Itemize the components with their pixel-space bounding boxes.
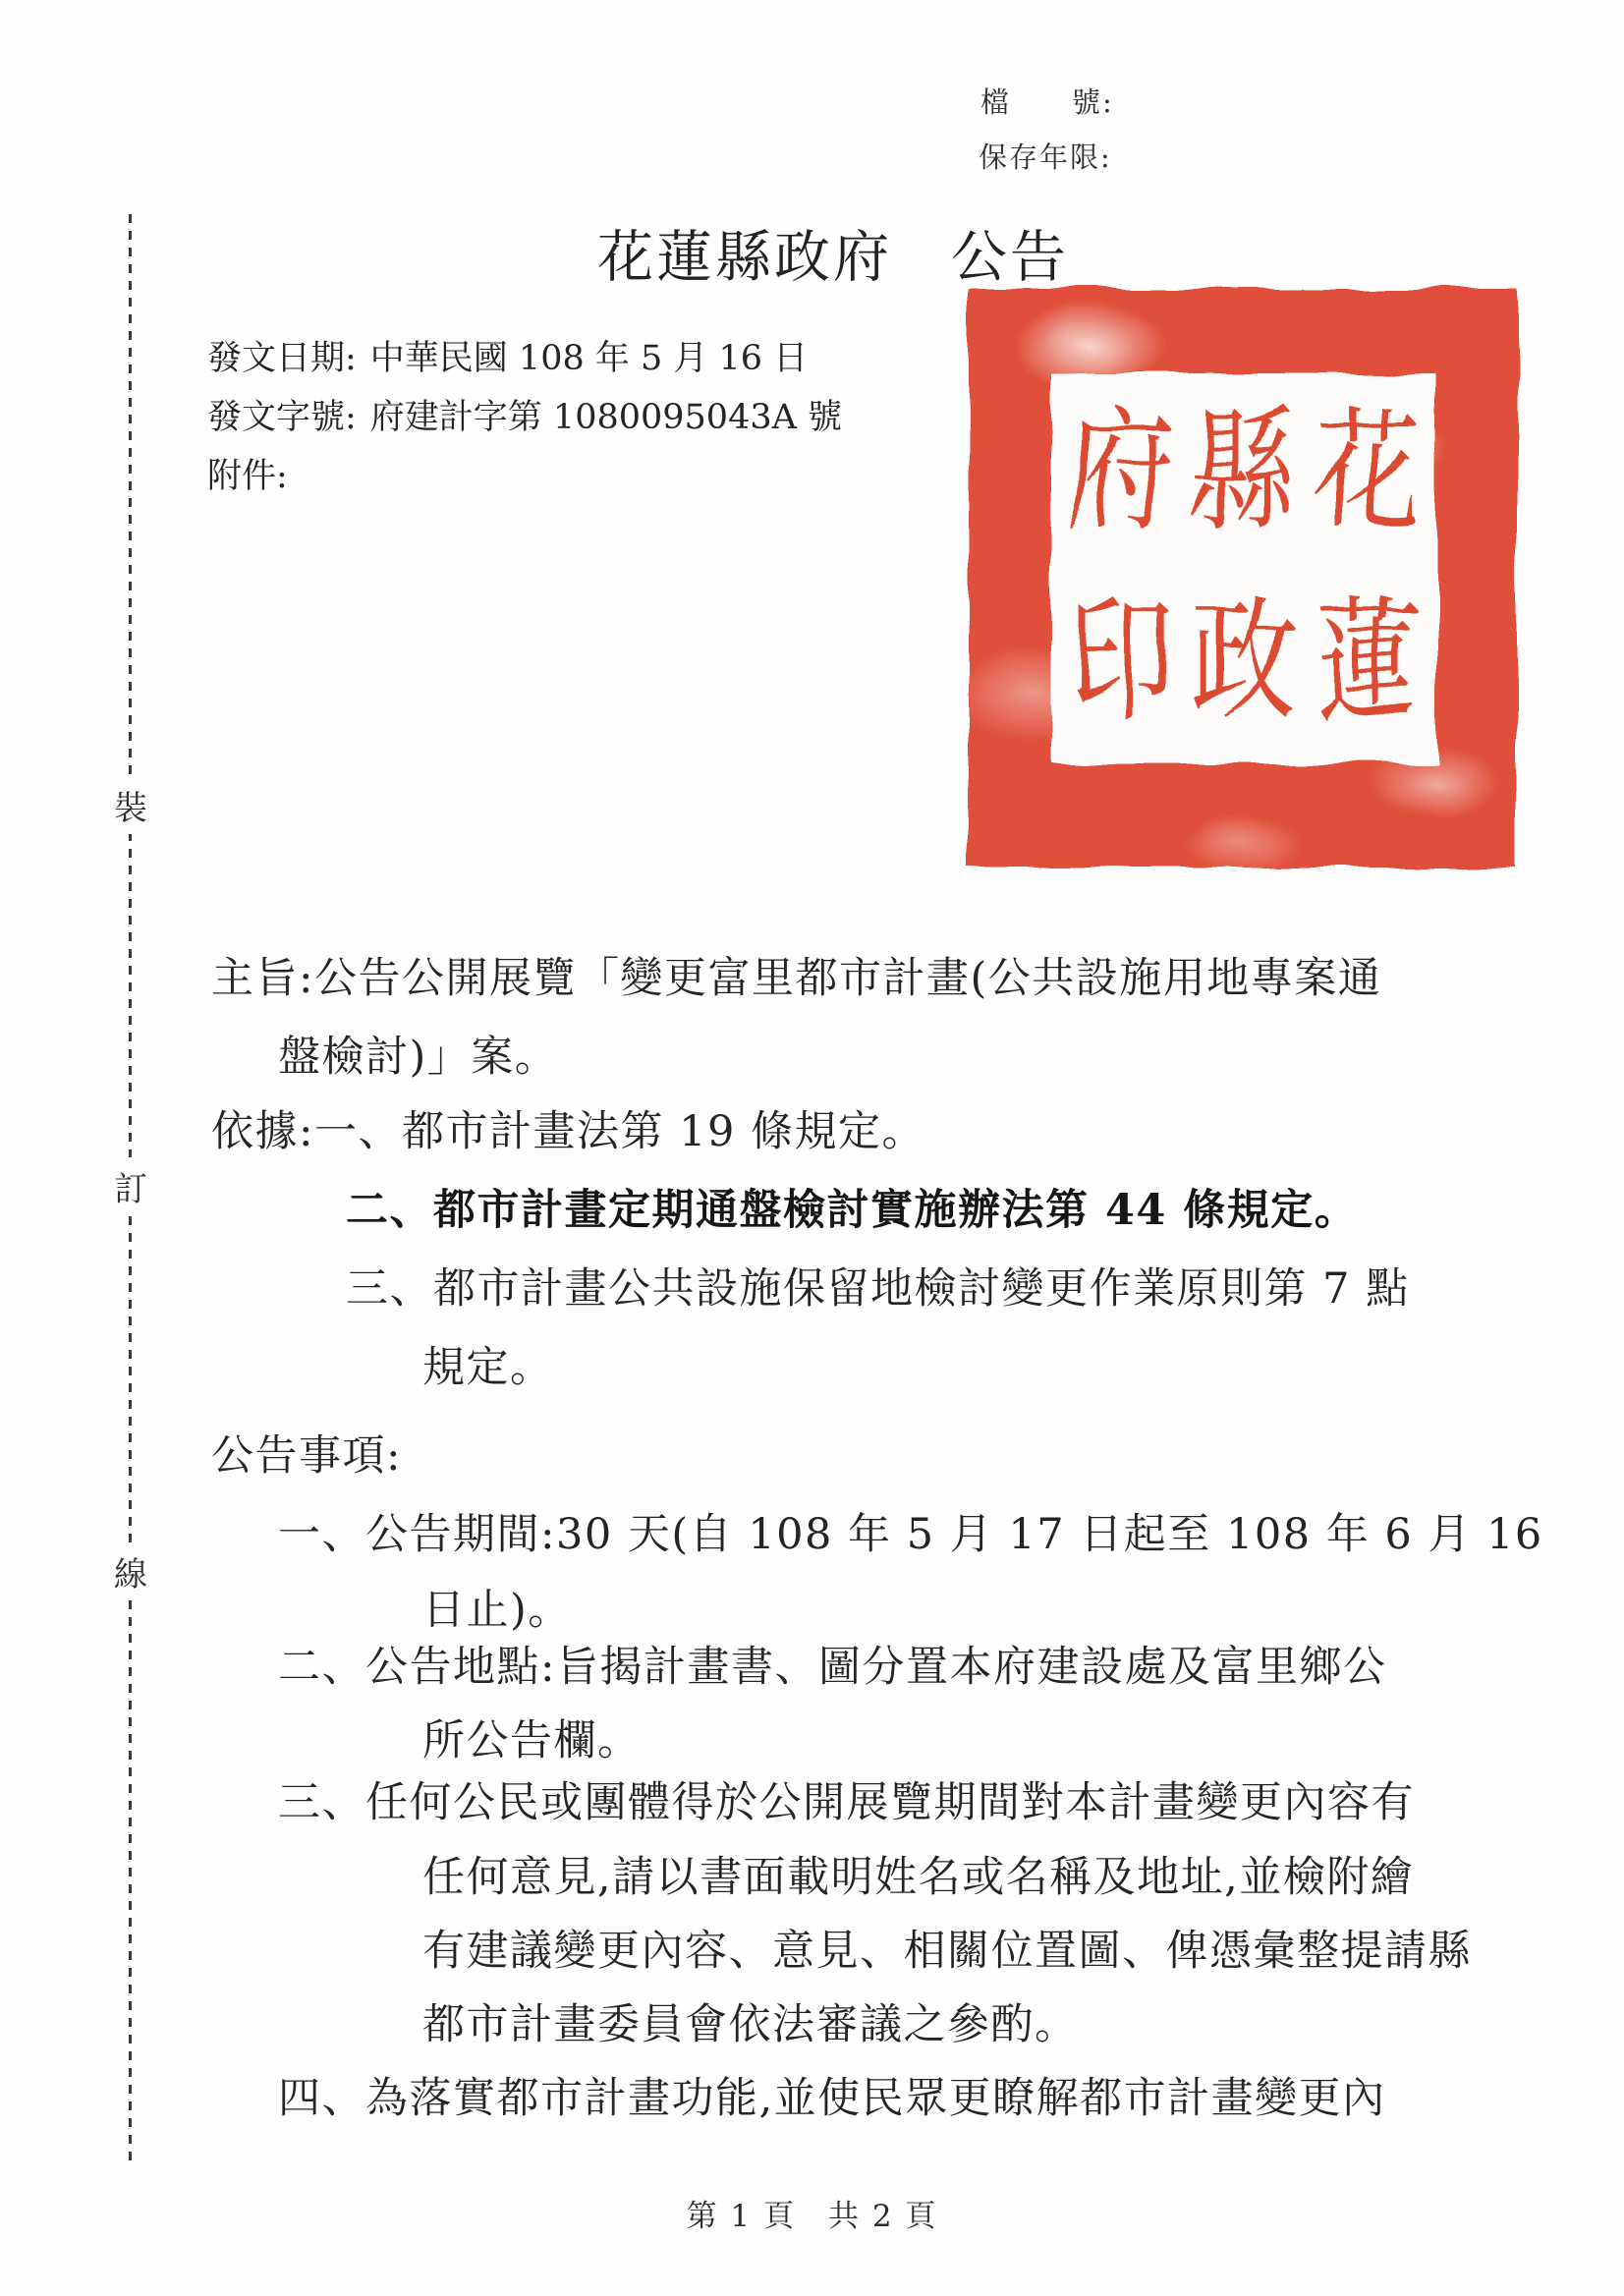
item-2-line-2: 所公告欄。 (422, 1708, 642, 1767)
item-3-line-2: 任何意見,請以書面載明姓名或名稱及地址,並檢附繪 (422, 1844, 1414, 1904)
issue-date-label: 發文日期: (207, 339, 357, 378)
seal-character: 蓮 (1306, 541, 1428, 783)
attachment-line: 附件: (207, 449, 302, 498)
seal-character: 印 (1059, 541, 1182, 783)
announcement-heading: 公告事項: (211, 1423, 402, 1483)
basis-item-3: 三、都市計畫公共設施保留地檢討變更作業原則第 7 點 (346, 1256, 1410, 1316)
doc-number-label: 發文字號: (207, 398, 357, 437)
basis-item-2: 二、都市計畫定期通盤檢討實施辦法第 44 條規定。 (346, 1177, 1358, 1237)
item-3-line-4: 都市計畫委員會依法審議之參酌。 (422, 1991, 1079, 2051)
page-title: 花蓮縣政府 公告 (597, 212, 1069, 293)
subject-line-1: 主旨:公告公開展覽「變更富里都市計畫(公共設施用地專案通 (211, 945, 1381, 1005)
subject-line-2: 盤檢討)」案。 (278, 1024, 558, 1084)
item-3-line-3: 有建議變更內容、意見、相關位置圖、俾憑彙整提請縣 (422, 1918, 1472, 1978)
item-1-line-2: 日止)。 (422, 1577, 572, 1637)
doc-number-value: 府建計字第 1080095043A 號 (370, 398, 842, 437)
doc-number-line: 發文字號:府建計字第 1080095043A 號 (207, 390, 842, 439)
page-indicator: 第 1 頁 共 2 頁 (0, 2191, 1624, 2235)
item-3-line-1: 三、任何公民或團體得於公開展覽期間對本計畫變更內容有 (278, 1769, 1415, 1829)
attachment-label: 附件: (207, 457, 288, 496)
seal-character: 政 (1182, 541, 1305, 783)
retention-period-label: 保存年限: (979, 136, 1112, 176)
item-4-line-1: 四、為落實都市計畫功能,並使民眾更瞭解都市計畫變更內 (278, 2065, 1386, 2125)
binding-mark-ding: 訂 (110, 1157, 151, 1215)
basis-item-1: 依據:一、都市計畫法第 19 條規定。 (211, 1098, 925, 1158)
official-seal: 花 蓮 縣 政 府 印 (969, 289, 1517, 868)
issue-date-line: 發文日期:中華民國 108 年 5 月 16 日 (207, 331, 808, 380)
seal-text: 花 蓮 縣 政 府 印 (1059, 379, 1428, 756)
binding-mark-zhuang: 裝 (110, 776, 151, 834)
scanned-announcement-page: 檔 號: 保存年限: 花蓮縣政府 公告 發文日期:中華民國 108 年 5 月 … (0, 0, 1624, 2296)
basis-item-3-wrap: 規定。 (422, 1334, 554, 1394)
issue-date-value: 中華民國 108 年 5 月 16 日 (370, 339, 808, 378)
item-2-line-1: 二、公告地點:旨揭計畫書、圖分置本府建設處及富里鄉公 (278, 1634, 1387, 1694)
file-number-label: 檔 號: (980, 81, 1114, 121)
binding-mark-xian: 線 (110, 1542, 151, 1600)
item-1-line-1: 一、公告期間:30 天(自 108 年 5 月 17 日起至 108 年 6 月… (278, 1501, 1543, 1561)
